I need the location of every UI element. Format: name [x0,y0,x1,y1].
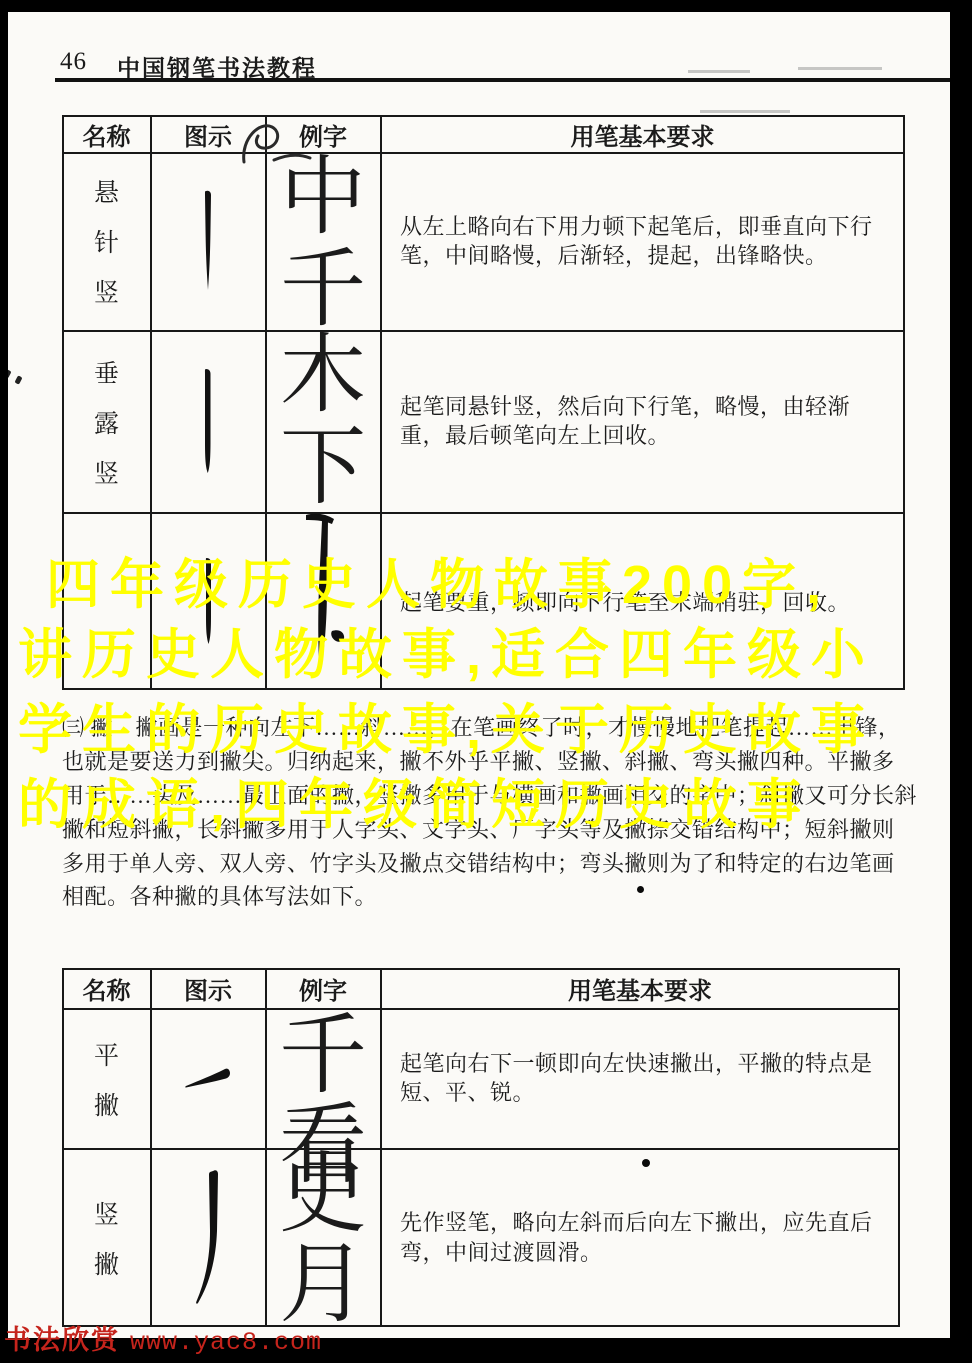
dew-drop-vertical-stroke-icon [201,369,215,475]
name-char: 撇 [94,1086,119,1122]
table1-row-line [62,512,905,514]
table2-header-line [62,1008,900,1010]
requirement-text: 起笔向右下一顿即向左快速撇出，平撇的特点是短、平、锐。 [386,1049,896,1108]
table2-header-requirement: 用笔基本要求 [382,973,898,1003]
example-char: 千 [279,1012,367,1102]
scan-border-left [0,0,8,1363]
table1-header-requirement: 用笔基本要求 [382,119,903,149]
example-char: 千 [280,243,366,335]
overlay-title-line: 讲历史人物故事,适合四年级小 [18,626,875,684]
example-char: 月 [279,1241,367,1331]
ink-speck [642,1159,650,1167]
suspended-needle-vertical-stroke-icon [201,190,215,292]
table2-row2-requirement: 先作竖笔，略向左斜而后向左下撇出，应先直后弯，中间过渡圆滑。 [386,1152,896,1323]
overlay-title-line: 四年级历史人物故事200字, [46,556,831,614]
scan-border-top [0,0,972,12]
table1-row1-example: 中 千 [267,148,379,338]
example-char: 史 [279,1151,367,1241]
scan-smudge [688,70,750,73]
table1-row2-name: 垂 露 竖 [64,336,149,508]
table1-header-name: 名称 [64,119,149,149]
example-char: 木 [280,329,366,421]
name-char: 针 [94,223,119,259]
table1-row1-requirement: 从左上略向右下用力顿下起笔后，即垂直向下行笔，中间略慢，后渐轻，提起，出锋略快。 [386,154,901,328]
example-char: 下 [280,421,366,513]
scan-smudge [798,67,882,70]
table1-row2-illustration [152,336,264,508]
table1-row2-example: 木 下 [267,330,379,512]
table2-header-name: 名称 [64,973,149,1003]
handwritten-scribble [236,116,314,174]
table2-header-illustration: 图示 [152,973,264,1003]
overlay-title-line: 的成语,四年级简短历史故事 [18,776,811,834]
header-rule [55,78,950,82]
table2-row2-example: 史 月 [267,1148,379,1333]
requirement-text: 从左上略向右下用力顿下起笔后，即垂直向下行笔，中间略慢，后渐轻，提起，出锋略快。 [386,212,901,271]
table2-row1-name: 平 撇 [64,1014,149,1144]
watermark: 书法欣赏www.yac8.com [4,1318,322,1357]
name-char: 竖 [94,1195,119,1231]
table1-row1-name: 悬 针 竖 [64,158,149,324]
paragraph-line: 多用于单人旁、双人旁、竹字头及撇点交错结构中；弯头撇则为了和特定的右边笔画 [62,850,914,877]
scan-border-right [950,0,972,1363]
name-char: 撇 [94,1245,119,1281]
scanned-textbook-page: 46 中国钢笔书法教程 名称 图示 例字 用笔基本要求 悬 针 竖 中 千 从左… [0,0,972,1363]
name-char: 悬 [94,173,119,209]
name-char: 垂 [94,354,119,390]
name-char: 露 [94,404,119,440]
table2-row1-illustration [152,1014,264,1144]
paragraph-line: 相配。各种撇的具体写法如下。 [62,883,914,910]
flat-left-falling-stroke-icon [183,1067,233,1091]
name-char: 平 [94,1036,119,1072]
margin-ink-dot [14,375,22,384]
table2-row-line [62,1148,900,1150]
page-number: 46 [60,48,87,76]
requirement-text: 起笔同悬针竖，然后向下行笔，略慢，由轻渐重，最后顿笔向左上回收。 [386,392,901,451]
table2-header-example: 例字 [267,973,379,1003]
table1-row1-illustration [152,158,264,324]
scan-smudge [700,110,790,113]
ink-speck [637,886,644,893]
table1-row2-requirement: 起笔同悬针竖，然后向下行笔，略慢，由轻渐重，最后顿笔向左上回收。 [386,332,901,510]
name-char: 竖 [94,273,119,309]
table2-row1-requirement: 起笔向右下一顿即向左快速撇出，平撇的特点是短、平、锐。 [386,1012,896,1144]
watermark-site-name: 书法欣赏 [4,1325,120,1355]
overlay-title-line: 学生的历史故事,关于历史故事 [18,701,875,759]
watermark-url: www.yac8.com [130,1328,322,1357]
requirement-text: 先作竖笔，略向左斜而后向左下撇出，应先直后弯，中间过渡圆滑。 [386,1208,896,1267]
table2-row2-name: 竖 撇 [64,1152,149,1323]
vertical-left-falling-stroke-icon [193,1169,223,1307]
table2-row2-illustration [152,1152,264,1323]
name-char: 竖 [94,454,119,490]
